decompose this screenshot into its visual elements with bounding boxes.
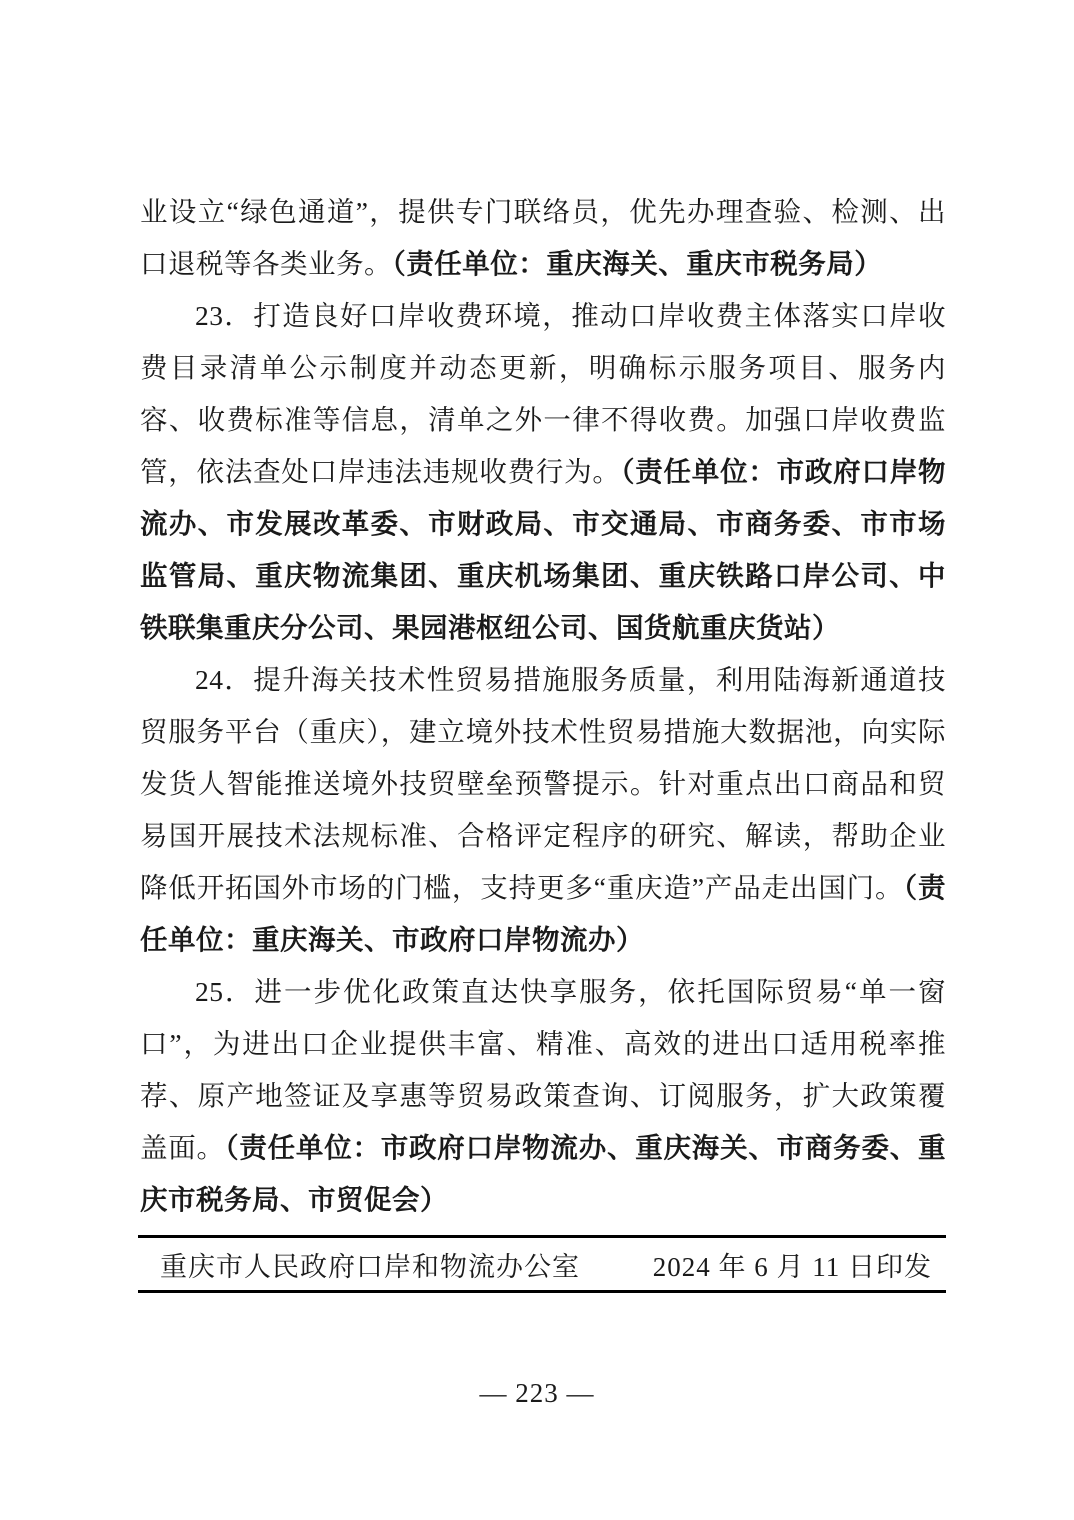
- body-text: 24．提升海关技术性贸易措施服务质量，利用陆海新通道技贸服务平台（重庆），建立境…: [140, 664, 946, 903]
- paragraph-24: 24．提升海关技术性贸易措施服务质量，利用陆海新通道技贸服务平台（重庆），建立境…: [140, 654, 946, 966]
- issuer-name: 重庆市人民政府口岸和物流办公室: [160, 1245, 580, 1284]
- responsible-unit-text: （责任单位：市政府口岸物流办、重庆海关、市商务委、重庆市税务局、市贸促会）: [140, 1132, 946, 1215]
- footer-colophon: 重庆市人民政府口岸和物流办公室 2024 年 6 月 11 日印发: [138, 1235, 946, 1293]
- page-number: — 223 —: [0, 1378, 1074, 1409]
- paragraph-23: 23．打造良好口岸收费环境，推动口岸收费主体落实口岸收费目录清单公示制度并动态更…: [140, 290, 946, 654]
- paragraph-25: 25．进一步优化政策直达快享服务，依托国际贸易“单一窗口”，为进出口企业提供丰富…: [140, 966, 946, 1226]
- paragraph-continuation: 业设立“绿色通道”，提供专门联络员，优先办理查验、检测、出口退税等各类业务。（责…: [140, 186, 946, 290]
- responsible-unit-text: （责任单位：重庆海关、重庆市税务局）: [392, 248, 882, 279]
- document-body: 业设立“绿色通道”，提供专门联络员，优先办理查验、检测、出口退税等各类业务。（责…: [140, 186, 946, 1226]
- print-date: 2024 年 6 月 11 日印发: [653, 1245, 932, 1284]
- document-page: 业设立“绿色通道”，提供专门联络员，优先办理查验、检测、出口退税等各类业务。（责…: [0, 0, 1074, 1520]
